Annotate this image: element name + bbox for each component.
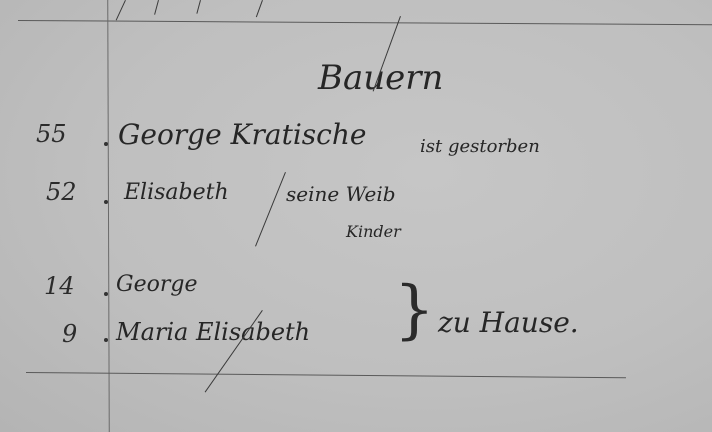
entry-age: 14 (44, 272, 75, 300)
descender-stroke (255, 172, 286, 247)
entry-note: ist gestorben (420, 136, 540, 157)
curly-brace: } (394, 278, 435, 342)
margin-dot (104, 292, 108, 296)
margin-dot (104, 338, 108, 342)
entry-name: Elisabeth (124, 180, 229, 205)
margin-dot (104, 142, 108, 146)
top-rule-line (18, 20, 712, 25)
entry-name: George Kratische (118, 118, 366, 151)
entry-age: 52 (46, 178, 77, 206)
cutoff-stroke (154, 0, 159, 15)
margin-dot (104, 200, 108, 204)
entry-name: Maria Elisabeth (116, 318, 310, 346)
entry-age: 55 (36, 120, 67, 148)
entry-name: George (116, 272, 197, 297)
heading-bauern: Bauern (318, 58, 443, 98)
entry-note: seine Weib (286, 182, 396, 206)
entry-subnote: Kinder (346, 222, 401, 241)
cutoff-stroke (256, 0, 263, 17)
entry-age: 9 (62, 320, 77, 348)
document-page: Bauern 55 George Kratische ist gestorben… (0, 0, 712, 432)
cutoff-stroke (196, 0, 201, 14)
margin-rule-line (107, 0, 110, 432)
bracket-note: zu Hause. (438, 306, 579, 339)
bottom-rule-line (26, 372, 626, 378)
cutoff-stroke (116, 0, 126, 20)
